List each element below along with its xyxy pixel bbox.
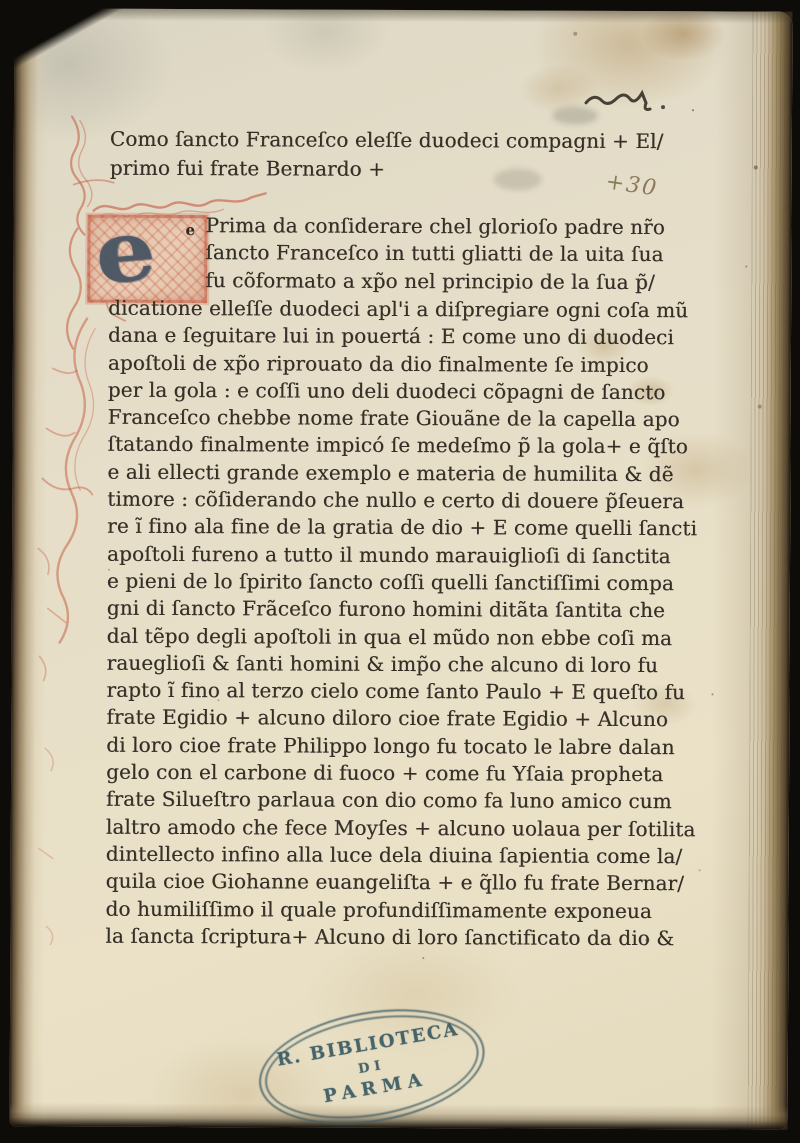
text-line: frate Egidio + alcuno diloro cioe frate … <box>106 704 696 734</box>
text-line: dana e ſeguitare lui in pouertá : E come… <box>108 322 698 352</box>
text-line: dintellecto infino alla luce dela diuina… <box>106 841 696 871</box>
text-line: ſancto Franceſco in tutti gliatti de la … <box>205 239 665 268</box>
text-line: re ĩ fino ala fine de la gratia de dio +… <box>107 513 697 543</box>
text-line: apoſtoli de xp̃o riprouato da dio finalm… <box>108 349 698 379</box>
text-line: e pieni de lo ſpirito ſancto coſſi quell… <box>107 568 697 598</box>
torn-corner-shadow <box>12 6 122 68</box>
text-line: timore : cõſiderando che nullo e certo d… <box>107 486 697 516</box>
heading-line: primo fui frate Bernardo + <box>110 153 664 184</box>
text-line: e ali ellecti grande exemplo e materia d… <box>107 458 697 488</box>
scanned-book-page: Como ſancto Franceſco eleſſe duodeci com… <box>0 0 800 1143</box>
text-line: raueglioſi & ſanti homini & imp̃o che al… <box>107 650 697 680</box>
paragraph-opening-lines: Prima da conſiderare chel glorioſo padre… <box>205 212 665 296</box>
text-line: Prima da conſiderare chel glorioſo padre… <box>205 212 665 241</box>
text-line: laltro amodo che fece Moyſes + alcuno uo… <box>106 813 696 843</box>
text-line: di loro cioe frate Philippo longo fu toc… <box>106 731 696 761</box>
text-line: la ſancta ſcriptura+ Alcuno di loro ſanc… <box>105 923 695 953</box>
guide-letter: e <box>185 221 195 239</box>
paragraph-body-lines: dicatione elleſſe duodeci apl'i a diſpre… <box>105 295 698 953</box>
heading-line: Como ſancto Franceſco eleſſe duodeci com… <box>110 125 664 156</box>
text-line: fu cõformato a xp̃o nel principio de la … <box>205 267 665 296</box>
text-line: Franceſco chebbe nome frate Giouãne de l… <box>108 404 698 434</box>
printed-text-block: Como ſancto Franceſco eleſſe duodeci com… <box>10 8 793 1129</box>
chapter-heading: Como ſancto Franceſco eleſſe duodeci com… <box>110 125 664 184</box>
text-line: per la gola : e coſſi uno deli duodeci c… <box>108 377 698 407</box>
text-line: frate Silueſtro parlaua con dio como fa … <box>106 786 696 816</box>
text-line: ſtatando finalmente impicó ſe medeſmo p̃… <box>107 431 697 461</box>
text-line: dal tẽpo degli apoſtoli in qua el mũdo n… <box>107 622 697 652</box>
text-line: do humiliſſimo il quale profundiſſimamen… <box>105 895 695 925</box>
parchment-page: Como ſancto Franceſco eleſſe duodeci com… <box>10 8 793 1129</box>
text-line: rapto ĩ fino al terzo cielo come ſanto P… <box>106 677 696 707</box>
text-line: apoſtoli fureno a tutto il mundo marauig… <box>107 540 697 570</box>
text-line: gelo con el carbone di fuoco + come fu Y… <box>106 759 696 789</box>
initial-letter-e: e <box>91 199 159 303</box>
text-line: dicatione elleſſe duodeci apl'i a diſpre… <box>108 295 698 325</box>
text-line: quila cioe Giohanne euangeliſta + e q̃ll… <box>106 868 696 898</box>
text-line: gni di ſancto Frãceſco furono homini dit… <box>107 595 697 625</box>
